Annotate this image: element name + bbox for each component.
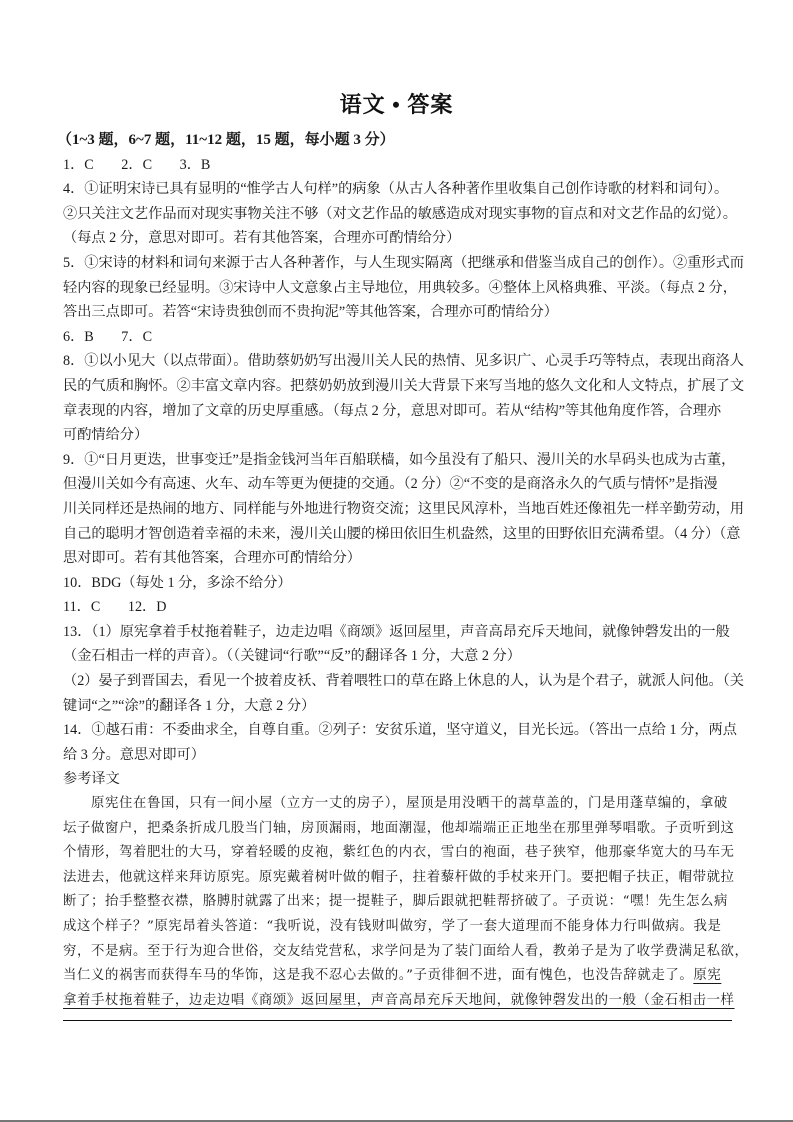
answer-5-line: 答出三点即可。若答“宋诗贵独创而不贵拘泥”等其他答案，合理亦可酌情给分） bbox=[63, 300, 733, 325]
answer-11: 11．C bbox=[63, 599, 100, 615]
answer-14: 14．①越石甫：不委曲求全，自尊自重。②列子：安贫乐道，坚守道义，目光长远。（答… bbox=[63, 718, 733, 767]
answer-6: 6．B bbox=[63, 329, 94, 345]
answer-1: 1．C bbox=[63, 157, 94, 173]
answer-9-line: 思对即可。若有其他答案，合理亦可酌情给分） bbox=[63, 546, 733, 571]
translation-line: 穷，不是病。至于行为迎合世俗，交友结党营私，求学问是为了装门面给人看，教弟子是为… bbox=[63, 940, 733, 965]
answer-13-line: （金石相击一样的声音）。（（关键词“行歌”“反”的翻译各 1 分，大意 2 分） bbox=[63, 644, 733, 669]
answer-7: 7．C bbox=[121, 329, 152, 345]
answers-1-3: 1．C 2．C 3．B bbox=[63, 153, 733, 178]
answer-14-line: 给 3 分。意思对即可） bbox=[63, 743, 733, 768]
answer-13: 13．（1）原宪拿着手杖拖着鞋子，边走边唱《商颂》返回屋里，声音高昂充斥天地间，… bbox=[63, 620, 733, 718]
answer-5-line: 轻内容的现象已经显明。③宋诗中人文意象占主导地位，用典较多。④整体上风格典雅、平… bbox=[63, 276, 733, 301]
translation-line: 拿着手杖拖着鞋子，边走边唱《商颂》返回屋里，声音高昂充斥天地间，就像钟磬发出的一… bbox=[63, 989, 733, 1014]
answer-4-line: ②只关注文艺作品而对现实事物关注不够（对文艺作品的敏感造成对现实事物的盲点和对文… bbox=[63, 202, 733, 227]
answer-8-line: 民的气质和胸怀。②丰富文章内容。把蔡奶奶放到漫川关大背景下来写当地的悠久文化和人… bbox=[63, 374, 733, 399]
answer-4-line: 4．①证明宋诗已具有显明的“惟学古人句样”的病象（从古人各种著作里收集自己创作诗… bbox=[63, 177, 733, 202]
answer-9-line: 但漫川关如今有高速、火车、动车等更为便捷的交通。（2 分）②“不变的是商洛永久的… bbox=[63, 472, 733, 497]
answer-13-line: 13．（1）原宪拿着手杖拖着鞋子，边走边唱《商颂》返回屋里，声音高昂充斥天地间，… bbox=[63, 620, 733, 645]
answer-4-line: （每点 2 分，意思对即可。若有其他答案，合理亦可酌情给分） bbox=[63, 226, 733, 251]
answer-8: 8．①以小见大（以点带面）。借助蔡奶奶写出漫川关人民的热情、见多识广、心灵手巧等… bbox=[63, 349, 733, 447]
answer-9-line: 自己的聪明才智创造着幸福的未来，漫川关山腰的梯田依旧生机盎然，这里的田野依旧充满… bbox=[63, 522, 733, 547]
footer-divider bbox=[63, 1020, 732, 1021]
reference-translation: 原宪住在鲁国，只有一间小屋（立方一丈的房子），屋顶是用没晒干的蒿草盖的，门是用蓬… bbox=[63, 792, 733, 1013]
answer-3: 3．B bbox=[180, 157, 211, 173]
underlined-key-sentence: 拿着手杖拖着鞋子，边走边唱《商颂》返回屋里，声音高昂充斥天地间，就像钟磬发出的一… bbox=[63, 993, 735, 1008]
scoring-note: （1~3 题，6~7 题，11~12 题，15 题，每小题 3 分） bbox=[57, 128, 733, 153]
translation-line: 个情形，驾着肥壮的大马，穿着轻暖的皮袍，紫红色的内衣，雪白的袍面，巷子狭窄，他那… bbox=[63, 841, 733, 866]
answer-8-line: 8．①以小见大（以点带面）。借助蔡奶奶写出漫川关人民的热情、见多识广、心灵手巧等… bbox=[63, 349, 733, 374]
translation-line: 坛子做窗户，把桑条折成几股当门轴，房顶漏雨，地面潮湿，他却端端正正地坐在那里弹琴… bbox=[63, 817, 733, 842]
answer-10: 10．BDG（每处 1 分，多涂不给分） bbox=[63, 571, 733, 596]
answers-11-12: 11．C 12．D bbox=[63, 595, 733, 620]
answer-14-line: 14．①越石甫：不委曲求全，自尊自重。②列子：安贫乐道，坚守道义，目光长远。（答… bbox=[63, 718, 733, 743]
answer-13-line: 键词“之”“涂”的翻译各 1 分，大意 2 分） bbox=[63, 694, 733, 719]
translation-line: 原宪住在鲁国，只有一间小屋（立方一丈的房子），屋顶是用没晒干的蒿草盖的，门是用蓬… bbox=[63, 792, 733, 817]
answer-sheet-page: 语文 • 答案 （1~3 题，6~7 题，11~12 题，15 题，每小题 3 … bbox=[0, 0, 793, 1122]
translation-line: 成这个样子？”原宪昂着头答道：“我听说，没有钱财叫做穷，学了一套大道理而不能身体… bbox=[63, 915, 733, 940]
answer-4: 4．①证明宋诗已具有显明的“惟学古人句样”的病象（从古人各种著作里收集自己创作诗… bbox=[63, 177, 733, 251]
underlined-key-sentence: 原宪 bbox=[693, 968, 721, 983]
translation-line: 断了；抬手整整衣襟，胳膊肘就露了出来；提一提鞋子，脚后跟就把鞋帮挤破了。子贡说：… bbox=[63, 890, 733, 915]
answer-8-line: 章表现的内容，增加了文章的历史厚重感。（每点 2 分，意思对即可。若从“结构”等… bbox=[63, 399, 733, 424]
translation-text: 当仁义的祸害而获得车马的华饰，这是我不忍心去做的。”子贡徘徊不进，面有愧色，也没… bbox=[63, 968, 693, 983]
answer-8-line: 可酌情给分） bbox=[63, 423, 733, 448]
answer-5-line: 5．①宋诗的材料和词句来源于古人各种著作，与人生现实隔离（把继承和借鉴当成自己的… bbox=[63, 251, 733, 276]
answer-5: 5．①宋诗的材料和词句来源于古人各种著作，与人生现实隔离（把继承和借鉴当成自己的… bbox=[63, 251, 733, 325]
translation-line: 当仁义的祸害而获得车马的华饰，这是我不忍心去做的。”子贡徘徊不进，面有愧色，也没… bbox=[63, 964, 733, 989]
answer-2: 2．C bbox=[121, 157, 152, 173]
answers-6-7: 6．B 7．C bbox=[63, 325, 733, 350]
answer-9-line: 川关同样还是热闹的地方、同样能与外地进行物资交流；这里民风淳朴，当地百姓还像祖先… bbox=[63, 497, 733, 522]
page-title: 语文 • 答案 bbox=[0, 88, 793, 119]
translation-heading: 参考译文 bbox=[63, 767, 733, 792]
answer-content: （1~3 题，6~7 题，11~12 题，15 题，每小题 3 分） 1．C 2… bbox=[63, 128, 733, 1013]
answer-13-line: （2）晏子到晋国去，看见一个披着皮袄、背着喂牲口的草在路上休息的人，认为是个君子… bbox=[63, 669, 733, 694]
answer-12: 12．D bbox=[128, 599, 167, 615]
translation-line: 法进去，他就这样来拜访原宪。原宪戴着树叶做的帽子，拄着藜杆做的手杖来开门。要把帽… bbox=[63, 866, 733, 891]
answer-9-line: 9．①“日月更迭，世事变迁”是指金钱河当年百船联樯，如今虽没有了船只、漫川关的水… bbox=[63, 448, 733, 473]
answer-9: 9．①“日月更迭，世事变迁”是指金钱河当年百船联樯，如今虽没有了船只、漫川关的水… bbox=[63, 448, 733, 571]
